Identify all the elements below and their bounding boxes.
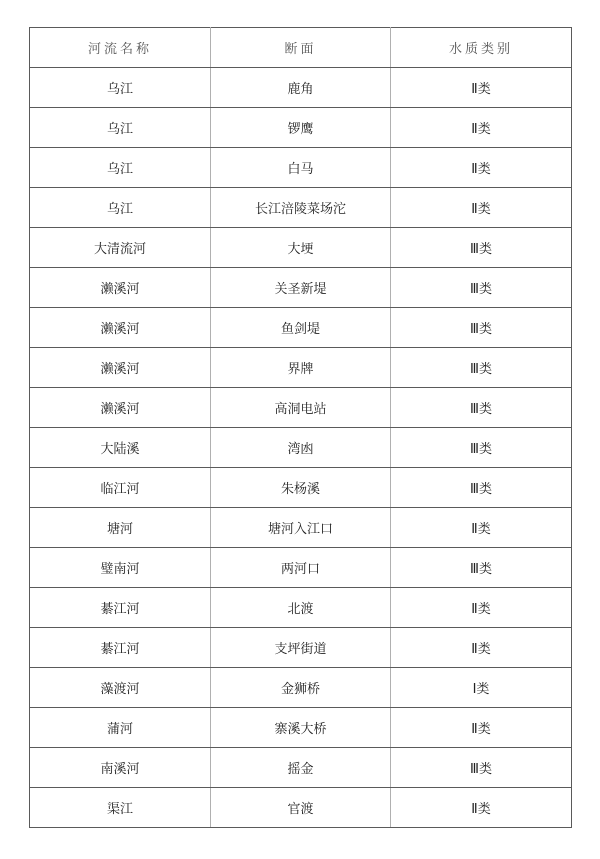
cell-section: 官渡 (211, 788, 391, 828)
cell-river: 临江河 (30, 468, 211, 508)
cell-river: 塘河 (30, 508, 211, 548)
table-row: 塘河 塘河入江口 Ⅱ类 (30, 508, 572, 548)
cell-river: 渠江 (30, 788, 211, 828)
table-row: 蒲河 寨溪大桥 Ⅱ类 (30, 708, 572, 748)
cell-river: 乌江 (30, 68, 211, 108)
cell-river: 南溪河 (30, 748, 211, 788)
cell-grade: Ⅲ类 (391, 228, 572, 268)
cell-section: 锣鹰 (211, 108, 391, 148)
table-row: 大清流河 大埂 Ⅲ类 (30, 228, 572, 268)
cell-section: 塘河入江口 (211, 508, 391, 548)
cell-grade: Ⅱ类 (391, 148, 572, 188)
cell-river: 濑溪河 (30, 308, 211, 348)
cell-section: 大埂 (211, 228, 391, 268)
header-river-name: 河流名称 (30, 28, 211, 68)
cell-section: 高洞电站 (211, 388, 391, 428)
cell-section: 湾凼 (211, 428, 391, 468)
cell-section: 鹿角 (211, 68, 391, 108)
cell-grade: Ⅲ类 (391, 548, 572, 588)
cell-river: 璧南河 (30, 548, 211, 588)
water-quality-table: 河流名称 断面 水质类别 乌江 鹿角 Ⅱ类 乌江 锣鹰 Ⅱ类 乌江 白马 Ⅱ类 (29, 27, 572, 828)
cell-grade: Ⅱ类 (391, 788, 572, 828)
cell-river: 濑溪河 (30, 268, 211, 308)
cell-river: 綦江河 (30, 588, 211, 628)
cell-grade: Ⅱ类 (391, 68, 572, 108)
cell-grade: Ⅱ类 (391, 588, 572, 628)
cell-grade: Ⅲ类 (391, 428, 572, 468)
cell-grade: Ⅲ类 (391, 468, 572, 508)
cell-grade: Ⅱ类 (391, 188, 572, 228)
cell-section: 两河口 (211, 548, 391, 588)
table-row: 藻渡河 金狮桥 Ⅰ类 (30, 668, 572, 708)
table-row: 乌江 长江涪陵菜场沱 Ⅱ类 (30, 188, 572, 228)
cell-grade: Ⅲ类 (391, 388, 572, 428)
cell-grade: Ⅱ类 (391, 708, 572, 748)
table-row: 濑溪河 鱼剑堤 Ⅲ类 (30, 308, 572, 348)
cell-section: 寨溪大桥 (211, 708, 391, 748)
header-section: 断面 (211, 28, 391, 68)
cell-river: 濑溪河 (30, 348, 211, 388)
table-header-row: 河流名称 断面 水质类别 (30, 28, 572, 68)
cell-grade: Ⅲ类 (391, 268, 572, 308)
table-row: 濑溪河 界牌 Ⅲ类 (30, 348, 572, 388)
cell-river: 乌江 (30, 188, 211, 228)
cell-river: 乌江 (30, 148, 211, 188)
cell-grade: Ⅱ类 (391, 628, 572, 668)
cell-section: 界牌 (211, 348, 391, 388)
table-row: 渠江 官渡 Ⅱ类 (30, 788, 572, 828)
cell-grade: Ⅱ类 (391, 508, 572, 548)
cell-grade: Ⅰ类 (391, 668, 572, 708)
table-row: 濑溪河 高洞电站 Ⅲ类 (30, 388, 572, 428)
table-row: 南溪河 摇金 Ⅲ类 (30, 748, 572, 788)
cell-river: 大清流河 (30, 228, 211, 268)
cell-grade: Ⅲ类 (391, 348, 572, 388)
header-water-quality-grade: 水质类别 (391, 28, 572, 68)
table-row: 乌江 锣鹰 Ⅱ类 (30, 108, 572, 148)
cell-section: 摇金 (211, 748, 391, 788)
cell-section: 鱼剑堤 (211, 308, 391, 348)
cell-river: 藻渡河 (30, 668, 211, 708)
cell-section: 支坪街道 (211, 628, 391, 668)
water-quality-table-container: 河流名称 断面 水质类别 乌江 鹿角 Ⅱ类 乌江 锣鹰 Ⅱ类 乌江 白马 Ⅱ类 (29, 27, 571, 828)
cell-river: 綦江河 (30, 628, 211, 668)
table-row: 綦江河 北渡 Ⅱ类 (30, 588, 572, 628)
cell-river: 大陆溪 (30, 428, 211, 468)
cell-section: 朱杨溪 (211, 468, 391, 508)
table-row: 大陆溪 湾凼 Ⅲ类 (30, 428, 572, 468)
cell-section: 北渡 (211, 588, 391, 628)
cell-section: 金狮桥 (211, 668, 391, 708)
cell-grade: Ⅱ类 (391, 108, 572, 148)
cell-grade: Ⅲ类 (391, 748, 572, 788)
cell-section: 长江涪陵菜场沱 (211, 188, 391, 228)
table-row: 璧南河 两河口 Ⅲ类 (30, 548, 572, 588)
cell-section: 关圣新堤 (211, 268, 391, 308)
table-row: 綦江河 支坪街道 Ⅱ类 (30, 628, 572, 668)
table-row: 乌江 鹿角 Ⅱ类 (30, 68, 572, 108)
cell-river: 乌江 (30, 108, 211, 148)
cell-grade: Ⅲ类 (391, 308, 572, 348)
cell-section: 白马 (211, 148, 391, 188)
table-row: 临江河 朱杨溪 Ⅲ类 (30, 468, 572, 508)
table-row: 乌江 白马 Ⅱ类 (30, 148, 572, 188)
cell-river: 蒲河 (30, 708, 211, 748)
cell-river: 濑溪河 (30, 388, 211, 428)
table-row: 濑溪河 关圣新堤 Ⅲ类 (30, 268, 572, 308)
